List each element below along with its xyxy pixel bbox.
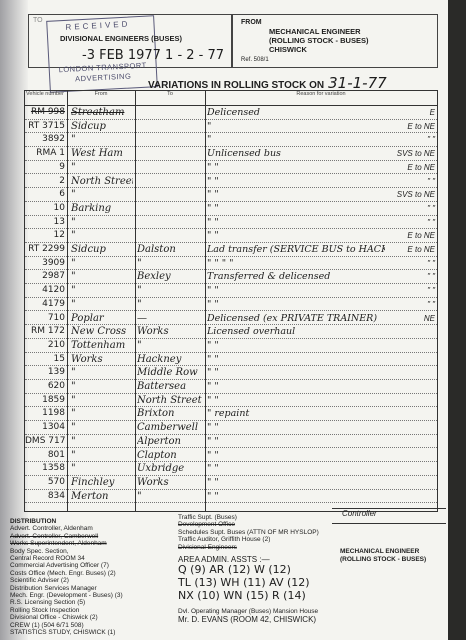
reason-cell: " "	[207, 174, 385, 188]
table-row: 2North Street" "" "	[25, 174, 437, 189]
from-cell: Sidcup	[71, 242, 133, 256]
distribution-item: STATISTICS STUDY, CHISWICK (1)	[10, 629, 180, 636]
reason-cell: " "	[207, 201, 385, 215]
table-row: 3909""" " " "" "	[25, 256, 437, 271]
from-line: CHISWICK	[269, 45, 368, 54]
distribution-item: CREW (1) (504 6/71 508)	[10, 622, 180, 629]
reason-cell: "	[207, 132, 385, 146]
vehicle-cell: 834	[25, 489, 67, 503]
reason-cell: " "	[207, 160, 385, 174]
to-cell: Works	[137, 475, 203, 489]
from-cell: West Ham	[71, 146, 133, 160]
stamp-department: LONDON TRANSPORT ADVERTISING	[58, 61, 149, 86]
to-cell: Hackney	[137, 352, 203, 366]
code-cell	[385, 434, 437, 448]
code-cell: " "	[385, 256, 437, 270]
table-row: 9"" "E to NE	[25, 160, 437, 175]
reason-cell: " "	[207, 448, 385, 462]
to-cell	[137, 160, 203, 174]
to-cell: Camberwell	[137, 420, 203, 434]
reason-cell: " "	[207, 215, 385, 229]
from-line: (ROLLING STOCK - BUSES)	[269, 36, 368, 45]
reason-cell: Unlicensed bus	[207, 146, 385, 160]
vehicle-cell: RT 2299	[25, 242, 67, 256]
code-cell: " "	[385, 201, 437, 215]
code-cell: " "	[385, 132, 437, 146]
to-cell	[137, 228, 203, 242]
reason-cell: Licensed overhaul	[207, 324, 385, 338]
code-cell	[385, 352, 437, 366]
vehicle-cell: RT 3715	[25, 119, 67, 133]
from-cell: "	[71, 297, 133, 311]
from-cell: "	[71, 406, 133, 420]
reason-cell: " "	[207, 365, 385, 379]
to-cell: "	[137, 283, 203, 297]
table-row: RMA 1West HamUnlicensed busSVS to NE	[25, 146, 437, 161]
area-row: NX (10) WN (15) R (14)	[178, 589, 328, 602]
table-row: RM 172New CrossWorksLicensed overhaul	[25, 324, 437, 339]
reason-cell: " "	[207, 434, 385, 448]
signatory: MECHANICAL ENGINEER (ROLLING STOCK - BUS…	[340, 548, 426, 564]
distribution-title: DISTRIBUTION	[10, 518, 180, 525]
reason-cell: " "	[207, 461, 385, 475]
code-cell: E	[385, 105, 437, 119]
from-line: MECHANICAL ENGINEER	[269, 27, 368, 36]
vehicle-cell: RM 172	[25, 324, 67, 338]
code-cell: " "	[385, 269, 437, 283]
table-row: 710Poplar—Delicensed (ex PRIVATE TRAINER…	[25, 311, 437, 326]
code-cell	[385, 489, 437, 503]
vehicle-cell: 620	[25, 379, 67, 393]
from-cell: Streatham	[71, 105, 133, 119]
vehicle-cell: 15	[25, 352, 67, 366]
to-cell: Dalston	[137, 242, 203, 256]
from-address: MECHANICAL ENGINEER (ROLLING STOCK - BUS…	[269, 27, 368, 54]
stamp-date: -3 FEB 1977 1 - 2 - 77	[82, 48, 224, 63]
reason-cell: " "	[207, 379, 385, 393]
code-cell: " "	[385, 297, 437, 311]
table-row: 3892""" "	[25, 132, 437, 147]
table-row: 210Tottenham"" "	[25, 338, 437, 353]
vehicle-cell: 4120	[25, 283, 67, 297]
vehicle-cell: 2	[25, 174, 67, 188]
code-cell: E to NE	[385, 119, 437, 133]
from-cell: Finchley	[71, 475, 133, 489]
from-cell: "	[71, 379, 133, 393]
table-row: RT 2299SidcupDalstonLad transfer (SERVIC…	[25, 242, 437, 257]
from-box: FROM MECHANICAL ENGINEER (ROLLING STOCK …	[232, 14, 438, 68]
reference: Ref. 508/1	[241, 57, 269, 63]
vehicle-cell: 1358	[25, 461, 67, 475]
table-row: 10Barking" "" "	[25, 201, 437, 216]
col-header-from: From	[67, 91, 135, 106]
from-cell: Poplar	[71, 311, 133, 325]
table-row: 1859"North Street" "	[25, 393, 437, 408]
code-cell: " "	[385, 283, 437, 297]
reason-cell: " " " "	[207, 256, 385, 270]
dist-line: Traffic Supt. (Buses)	[178, 514, 328, 521]
reason-cell: " "	[207, 420, 385, 434]
dist-line: Development Office	[178, 521, 328, 528]
reason-cell: Delicensed (ex PRIVATE TRAINER)	[207, 311, 385, 325]
variations-table: Vehicle number From To Reason for variat…	[24, 90, 438, 512]
from-cell: Tottenham	[71, 338, 133, 352]
vehicle-cell: 2987	[25, 269, 67, 283]
distribution-item: Central Record ROOM 34	[10, 555, 180, 562]
dist-line: Traffic Auditor, Griffith House (2)	[178, 536, 328, 543]
table-row: DMS 717"Alperton" "	[25, 434, 437, 449]
from-cell: Barking	[71, 201, 133, 215]
dist-line: Divisional Engineers	[178, 544, 328, 551]
table-row: 4120""" "" "	[25, 283, 437, 298]
from-cell: "	[71, 132, 133, 146]
table-row: 1358"Uxbridge" "	[25, 461, 437, 476]
to-cell: Bexley	[137, 269, 203, 283]
distribution-item: Works Superintendent, Aldenham	[10, 540, 180, 547]
dist-line: Schedules Supt. Buses (ATTN OF MR HYSLOP…	[178, 529, 328, 536]
to-cell: "	[137, 256, 203, 270]
from-cell: Sidcup	[71, 119, 133, 133]
table-row: 1304"Camberwell" "	[25, 420, 437, 435]
code-cell: E to NE	[385, 242, 437, 256]
table-row: 13"" "" "	[25, 215, 437, 230]
code-cell: SVS to NE	[385, 146, 437, 160]
reason-cell: " repaint	[207, 406, 385, 420]
from-cell: "	[71, 461, 133, 475]
distribution-item: Commercial Advertising Officer (7)	[10, 562, 180, 569]
code-cell	[385, 406, 437, 420]
reason-cell: " "	[207, 283, 385, 297]
table-row: 2987"BexleyTransferred & delicensed" "	[25, 269, 437, 284]
reason-cell: " "	[207, 393, 385, 407]
to-cell: Middle Row	[137, 365, 203, 379]
distribution-item: Divisional Office - Chiswick (2)	[10, 614, 180, 621]
from-cell: "	[71, 393, 133, 407]
code-cell	[385, 338, 437, 352]
to-cell: Alperton	[137, 434, 203, 448]
from-cell: Works	[71, 352, 133, 366]
table-row: 570FinchleyWorks" "	[25, 475, 437, 490]
col-header-reason: Reason for variation	[205, 91, 437, 106]
to-name: DIVISIONAL ENGINEERS (BUSES)	[60, 34, 182, 43]
from-cell: "	[71, 256, 133, 270]
from-cell: "	[71, 187, 133, 201]
vehicle-cell: 210	[25, 338, 67, 352]
from-cell: North Street	[71, 174, 133, 188]
distribution-item: Body Spec. Section,	[10, 548, 180, 555]
to-cell: "	[137, 297, 203, 311]
vehicle-cell: DMS 717	[25, 434, 67, 448]
code-cell	[385, 448, 437, 462]
distribution-item: Rolling Stock Inspection	[10, 607, 180, 614]
to-cell: Battersea	[137, 379, 203, 393]
to-cell: —	[137, 311, 203, 325]
distribution-item: Advert. Controller, Aldenham	[10, 525, 180, 532]
reason-cell: " "	[207, 187, 385, 201]
distribution-item: Distribution Services Manager	[10, 585, 180, 592]
code-cell	[385, 461, 437, 475]
table-row: 12"" "E to NE	[25, 228, 437, 243]
vehicle-cell: RM 998	[25, 105, 67, 119]
to-cell	[137, 132, 203, 146]
area-row: Q (9) AR (12) W (12)	[178, 563, 328, 576]
distribution-item: Costs Office (Mech. Engr. Buses) (2)	[10, 570, 180, 577]
reason-cell: " "	[207, 475, 385, 489]
vehicle-cell: 139	[25, 365, 67, 379]
to-cell: North Street	[137, 393, 203, 407]
distribution-item: Scientific Adviser (2)	[10, 577, 180, 584]
document-page: TO RECEIVED LONDON TRANSPORT ADVERTISING…	[0, 0, 448, 640]
reason-cell: "	[207, 119, 385, 133]
vehicle-cell: 9	[25, 160, 67, 174]
vehicle-cell: 1198	[25, 406, 67, 420]
from-cell: "	[71, 283, 133, 297]
vehicle-cell: 710	[25, 311, 67, 325]
from-cell: "	[71, 434, 133, 448]
from-cell: "	[71, 228, 133, 242]
reason-cell: " "	[207, 297, 385, 311]
signatory-line: MECHANICAL ENGINEER	[340, 548, 426, 556]
reason-cell: " "	[207, 352, 385, 366]
table-row: RM 998StreathamDelicensedE	[25, 105, 437, 120]
reason-cell: Lad transfer (SERVICE BUS to HACKNEY TRA…	[207, 242, 385, 256]
additional-distribution: Traffic Supt. (Buses) Development Office…	[178, 514, 328, 623]
to-cell: Uxbridge	[137, 461, 203, 475]
from-cell: "	[71, 420, 133, 434]
table-row: 801"Clapton" "	[25, 448, 437, 463]
from-cell: New Cross	[71, 324, 133, 338]
distribution-list: DISTRIBUTION Advert. Controller, Aldenha…	[10, 518, 180, 637]
table-row: 620"Battersea" "	[25, 379, 437, 394]
distribution-item: Advert. Controller, Camberwell	[10, 533, 180, 540]
to-cell: "	[137, 489, 203, 503]
code-cell: SVS to NE	[385, 187, 437, 201]
table-row: 6"" "SVS to NE	[25, 187, 437, 202]
code-cell	[385, 420, 437, 434]
from-cell: Merton	[71, 489, 133, 503]
from-label: FROM	[241, 19, 262, 26]
reason-cell: Transferred & delicensed	[207, 269, 385, 283]
to-label: TO	[33, 17, 43, 24]
col-header-vehicle: Vehicle number	[25, 91, 65, 106]
vehicle-cell: 801	[25, 448, 67, 462]
reason-cell: " "	[207, 228, 385, 242]
to-cell	[137, 187, 203, 201]
from-cell: "	[71, 269, 133, 283]
area-row: TL (13) WH (11) AV (12)	[178, 576, 328, 589]
table-row: 1198"Brixton" repaint	[25, 406, 437, 421]
code-cell	[385, 393, 437, 407]
reason-cell: " "	[207, 338, 385, 352]
to-cell	[137, 105, 203, 119]
from-cell: "	[71, 215, 133, 229]
to-cell	[137, 146, 203, 160]
code-cell	[385, 379, 437, 393]
code-cell: NE	[385, 311, 437, 325]
vehicle-cell: 1859	[25, 393, 67, 407]
distribution-item: R.S. Licensing Section (5)	[10, 599, 180, 606]
table-row: 4179""" "" "	[25, 297, 437, 312]
code-cell: " "	[385, 174, 437, 188]
reason-cell: " "	[207, 489, 385, 503]
col-header-to: To	[135, 91, 205, 106]
vehicle-cell: 1304	[25, 420, 67, 434]
vehicle-cell: 12	[25, 228, 67, 242]
distribution-items: Advert. Controller, AldenhamAdvert. Cont…	[10, 525, 180, 636]
table-row: 15WorksHackney" "	[25, 352, 437, 367]
to-cell: Brixton	[137, 406, 203, 420]
vehicle-cell: 3909	[25, 256, 67, 270]
to-cell	[137, 201, 203, 215]
vehicle-cell: RMA 1	[25, 146, 67, 160]
code-cell	[385, 324, 437, 338]
stamp-received: RECEIVED	[65, 19, 130, 31]
table-row: 834Merton"" "	[25, 489, 437, 504]
vehicle-cell: 4179	[25, 297, 67, 311]
area-title: AREA ADMIN. ASSTS :—	[178, 556, 328, 563]
vehicle-cell: 570	[25, 475, 67, 489]
to-cell: Works	[137, 324, 203, 338]
vehicle-cell: 13	[25, 215, 67, 229]
table-row: 139"Middle Row" "	[25, 365, 437, 380]
code-cell: " "	[385, 215, 437, 229]
from-cell: "	[71, 448, 133, 462]
evans-line: Mr. D. EVANS (ROOM 42, CHISWICK)	[178, 616, 328, 623]
from-cell: "	[71, 365, 133, 379]
vehicle-cell: 6	[25, 187, 67, 201]
code-cell: E to NE	[385, 160, 437, 174]
vehicle-cell: 3892	[25, 132, 67, 146]
signatory-line: (ROLLING STOCK - BUSES)	[340, 556, 426, 564]
to-cell	[137, 174, 203, 188]
from-cell: "	[71, 160, 133, 174]
signature-box: Controller	[332, 508, 446, 524]
to-cell	[137, 215, 203, 229]
to-cell: Clapton	[137, 448, 203, 462]
to-cell: "	[137, 338, 203, 352]
distribution-item: Mech. Engr. (Development - Buses) (3)	[10, 592, 180, 599]
code-cell	[385, 475, 437, 489]
code-cell	[385, 365, 437, 379]
code-cell: E to NE	[385, 228, 437, 242]
table-row: RT 3715Sidcup"E to NE	[25, 119, 437, 134]
reason-cell: Delicensed	[207, 105, 385, 119]
to-cell	[137, 119, 203, 133]
vehicle-cell: 10	[25, 201, 67, 215]
